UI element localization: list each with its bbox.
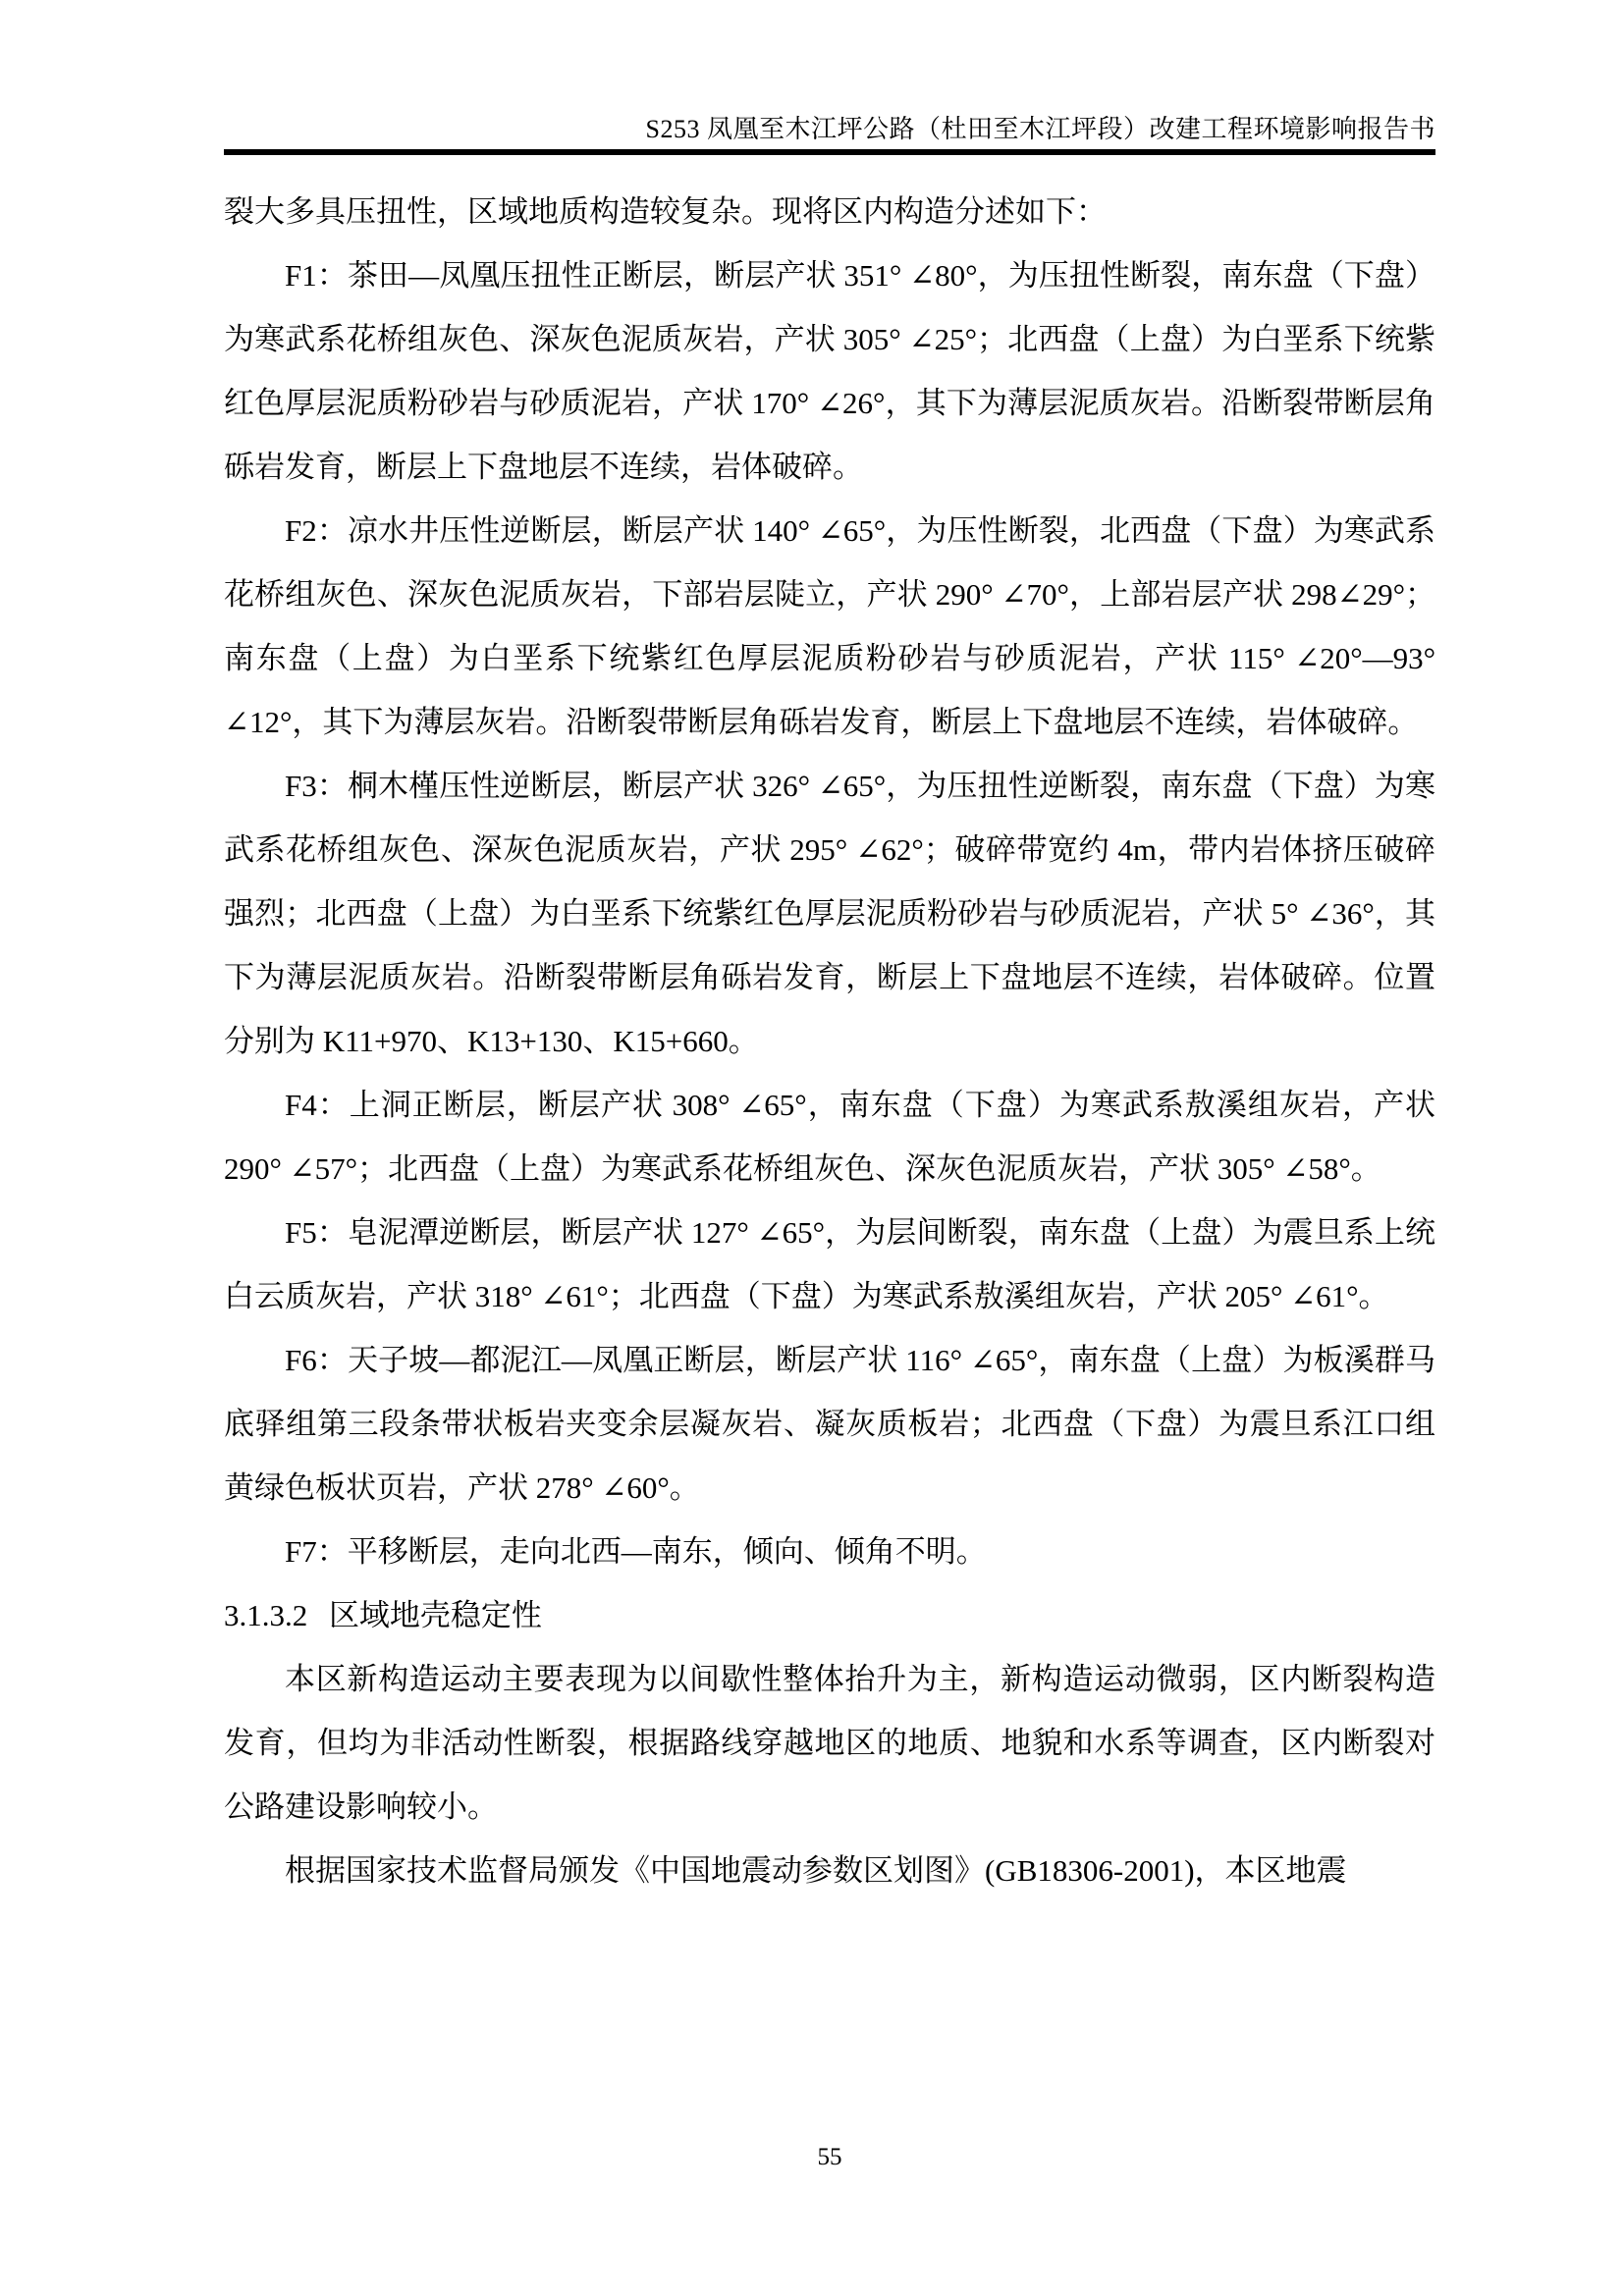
paragraph: F4：上洞正断层，断层产状 308° ∠65°，南东盘（下盘）为寒武系敖溪组灰岩… <box>224 1073 1435 1201</box>
paragraph: F6：天子坡—都泥江—凤凰正断层，断层产状 116° ∠65°，南东盘（上盘）为… <box>224 1328 1435 1520</box>
paragraph: 本区新构造运动主要表现为以间歇性整体抬升为主，新构造运动微弱，区内断裂构造发育，… <box>224 1647 1435 1839</box>
paragraph: F2：凉水井压性逆断层，断层产状 140° ∠65°，为压性断裂，北西盘（下盘）… <box>224 499 1435 754</box>
paragraph: 根据国家技术监督局颁发《中国地震动参数区划图》(GB18306-2001)，本区… <box>224 1839 1435 1902</box>
page-number: 55 <box>818 2144 842 2170</box>
section-title: 区域地壳稳定性 <box>329 1598 542 1632</box>
paragraph: F1：茶田—凤凰压扭性正断层，断层产状 351° ∠80°，为压扭性断裂，南东盘… <box>224 243 1435 499</box>
page-header: S253 凤凰至木江坪公路（杜田至木江坪段）改建工程环境影响报告书 <box>224 114 1435 155</box>
paragraph: F3：桐木槿压性逆断层，断层产状 326° ∠65°，为压扭性逆断裂，南东盘（下… <box>224 754 1435 1073</box>
paragraph: F5：皂泥潭逆断层，断层产状 127° ∠65°，为层间断裂，南东盘（上盘）为震… <box>224 1201 1435 1328</box>
header-rule <box>224 149 1435 155</box>
section-number: 3.1.3.2 <box>224 1598 307 1632</box>
section-heading: 3.1.3.2区域地壳稳定性 <box>224 1583 1435 1647</box>
page-footer: 55 <box>224 2143 1435 2172</box>
header-title: S253 凤凰至木江坪公路（杜田至木江坪段）改建工程环境影响报告书 <box>224 114 1435 145</box>
paragraph: F7：平移断层，走向北西—南东，倾向、倾角不明。 <box>224 1520 1435 1583</box>
paragraph: 裂大多具压扭性，区域地质构造较复杂。现将区内构造分述如下： <box>224 180 1435 243</box>
document-body: 裂大多具压扭性，区域地质构造较复杂。现将区内构造分述如下：F1：茶田—凤凰压扭性… <box>224 180 1435 1902</box>
document-page: S253 凤凰至木江坪公路（杜田至木江坪段）改建工程环境影响报告书 裂大多具压扭… <box>0 0 1624 2296</box>
